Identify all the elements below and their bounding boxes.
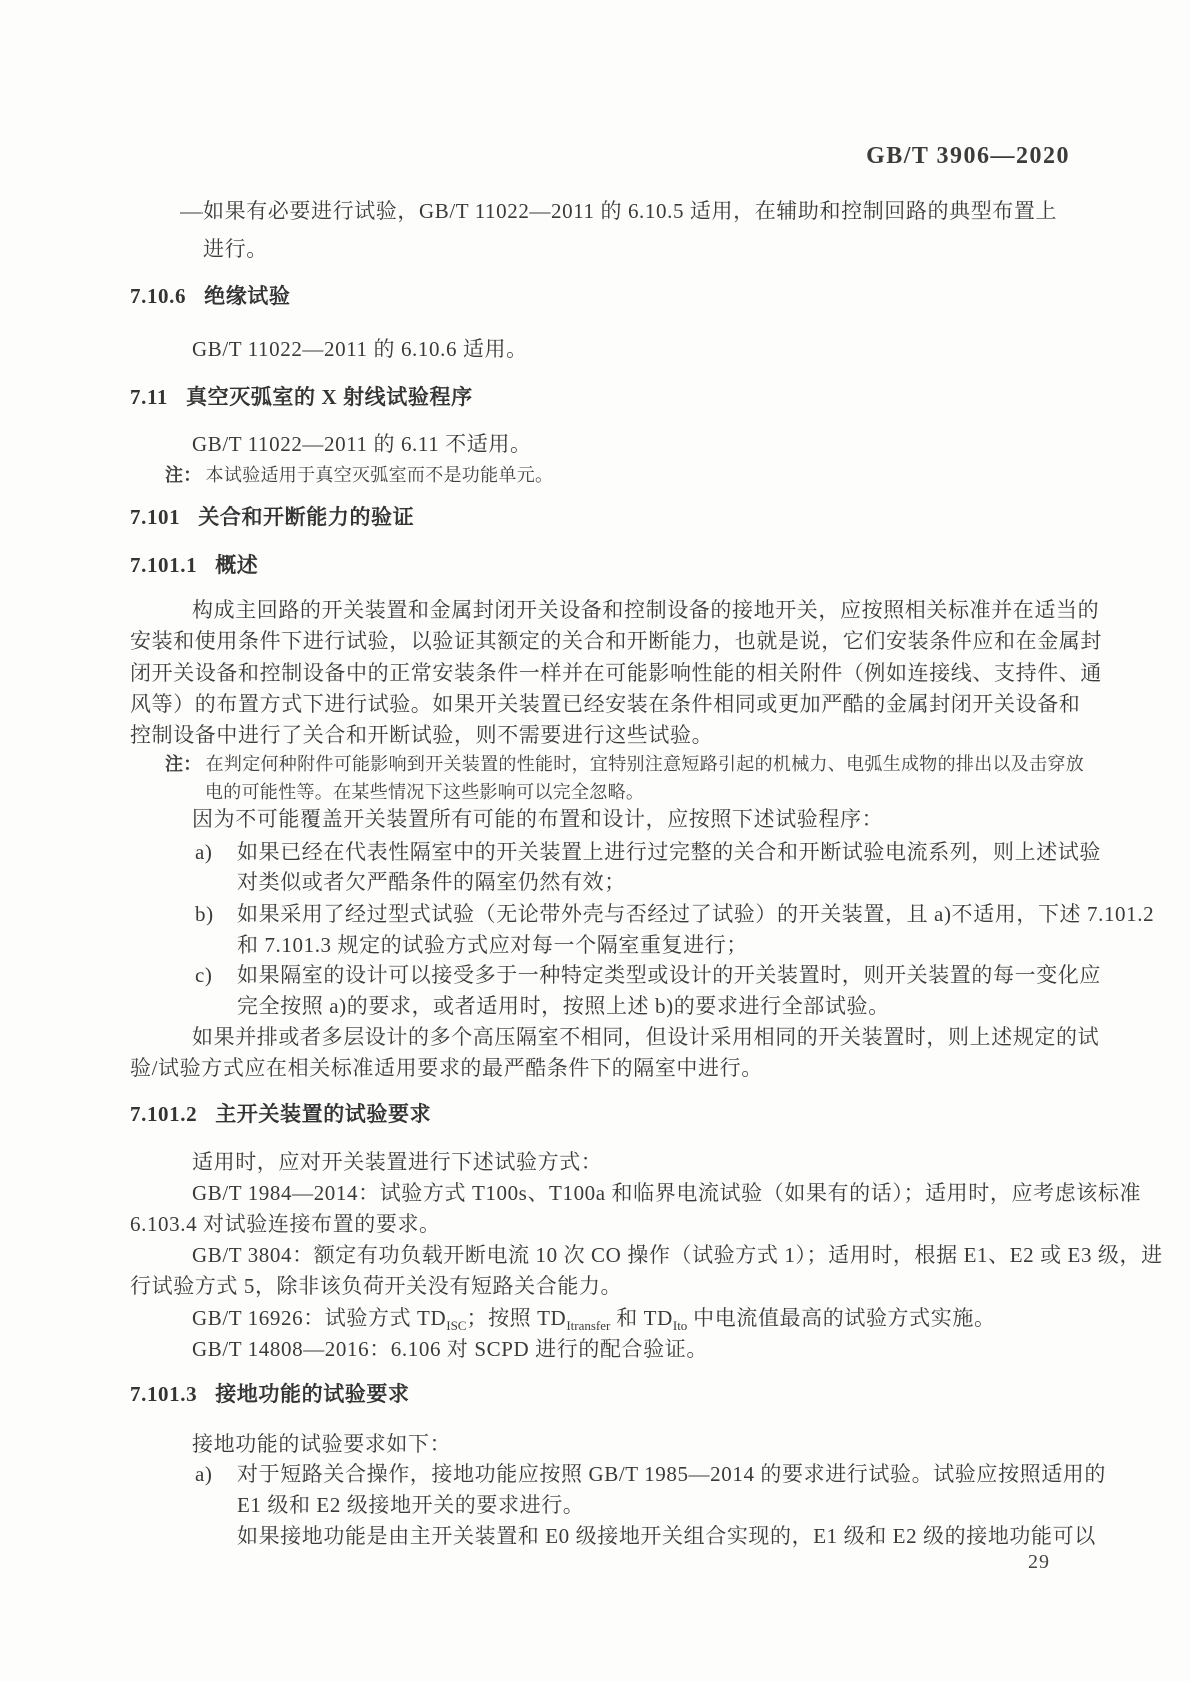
note-overview-line-1: 注：在判定何种附件可能影响到开关装置的性能时，宜特别注意短路引起的机械力、电弧生… xyxy=(165,751,1084,777)
heading-7-101-2: 7.101.2主开关装置的试验要求 xyxy=(130,1101,431,1127)
list-item-b-line-1: b)如果采用了经过型式试验（无论带外壳与否经过了试验）的开关装置，且 a)不适用… xyxy=(195,901,1154,927)
heading-title: 概述 xyxy=(215,553,258,577)
subscript-isc: ISC xyxy=(446,1318,466,1333)
dash-marker: —— xyxy=(180,198,203,224)
text-segment: GB/T 16926：试验方式 TD xyxy=(192,1306,446,1330)
page-number: 29 xyxy=(1028,1551,1050,1574)
note-text: 在判定何种附件可能影响到开关装置的性能时，宜特别注意短路引起的机械力、电弧生成物… xyxy=(206,754,1084,774)
heading-number: 7.101.2 xyxy=(130,1102,197,1126)
heading-7-101-1: 7.101.1概述 xyxy=(130,552,258,578)
note-7-11: 注：本试验适用于真空灭弧室而不是功能单元。 xyxy=(165,462,553,488)
heading-number: 7.101 xyxy=(130,505,180,529)
para-overview-line-3: 闭开关设备和控制设备中的正常安装条件一样并在可能影响性能的相关附件（例如连接线、… xyxy=(130,660,1102,686)
heading-7-11: 7.11真空灭弧室的 X 射线试验程序 xyxy=(130,384,473,410)
heading-7-101: 7.101关合和开断能力的验证 xyxy=(130,504,414,530)
list-item-ground-a-line-1: a)对于短路关合操作，接地功能应按照 GB/T 1985—2014 的要求进行试… xyxy=(195,1461,1106,1487)
para-gbt3804-line-2: 行试验方式 5，除非该负荷开关没有短路关合能力。 xyxy=(130,1273,622,1299)
list-marker-a: a) xyxy=(195,839,237,865)
dash-item-text: 如果有必要进行试验，GB/T 11022—2011 的 6.10.5 适用，在辅… xyxy=(203,199,1057,223)
para-overview-line-4: 风等）的布置方式下进行试验。如果开关装置已经安装在条件相同或更加严酷的金属封闭开… xyxy=(130,691,1080,717)
heading-title: 接地功能的试验要求 xyxy=(215,1382,409,1406)
list-marker-b: b) xyxy=(195,901,237,927)
text-segment: 中电流值最高的试验方式实施。 xyxy=(687,1306,995,1330)
list-item-c-line-2: 完全按照 a)的要求，或者适用时，按照上述 b)的要求进行全部试验。 xyxy=(237,993,890,1019)
heading-7-101-3: 7.101.3接地功能的试验要求 xyxy=(130,1381,410,1407)
dash-item-line-2: 进行。 xyxy=(203,236,268,262)
para-applicable: 适用时，应对开关装置进行下述试验方式： xyxy=(192,1149,602,1175)
list-item-ground-a-line-3: 如果接地功能是由主开关装置和 E0 级接地开关组合实现的，E1 级和 E2 级的… xyxy=(237,1523,1096,1549)
heading-number: 7.101.1 xyxy=(130,553,197,577)
heading-title: 关合和开断能力的验证 xyxy=(198,505,414,529)
heading-number: 7.101.3 xyxy=(130,1382,197,1406)
para-gbt1984-line-2: 6.103.4 对试验连接布置的要求。 xyxy=(130,1211,441,1237)
list-item-ground-a-line-2: E1 级和 E2 级接地开关的要求进行。 xyxy=(237,1492,584,1518)
heading-title: 主开关装置的试验要求 xyxy=(215,1102,431,1126)
document-page: GB/T 3906—2020 ——如果有必要进行试验，GB/T 11022—20… xyxy=(0,0,1190,1682)
para-grounding-intro: 接地功能的试验要求如下： xyxy=(192,1431,451,1457)
para-test-program: 因为不可能覆盖开关装置所有可能的布置和设计，应按照下述试验程序： xyxy=(192,806,883,832)
list-item-a-line-1: a)如果已经在代表性隔室中的开关装置上进行过完整的关合和开断试验电流系列，则上述… xyxy=(195,839,1101,865)
note-label: 注： xyxy=(165,754,202,774)
list-item-text: 如果采用了经过型式试验（无论带外壳与否经过了试验）的开关装置，且 a)不适用，下… xyxy=(237,902,1154,926)
list-marker-c: c) xyxy=(195,962,237,988)
list-item-c-line-1: c)如果隔室的设计可以接受多于一种特定类型或设计的开关装置时，则开关装置的每一变… xyxy=(195,962,1101,988)
text-segment: ；按照 TD xyxy=(466,1306,566,1330)
list-item-a-line-2: 对类似或者欠严酷条件的隔室仍然有效； xyxy=(237,869,626,895)
heading-title: 绝缘试验 xyxy=(204,284,290,308)
para-overview-line-1: 构成主回路的开关装置和金属封闭开关设备和控制设备的接地开关，应按照相关标准并在适… xyxy=(192,597,1099,623)
subscript-itransfer: Itransfer xyxy=(566,1318,610,1333)
para-gbt3804-line-1: GB/T 3804：额定有功负载开断电流 10 次 CO 操作（试验方式 1）；… xyxy=(192,1242,1163,1268)
subscript-ito: Ito xyxy=(673,1318,687,1333)
para-7-10-6: GB/T 11022—2011 的 6.10.6 适用。 xyxy=(192,336,528,362)
para-gbt16926: GB/T 16926：试验方式 TDISC；按照 TDItransfer 和 T… xyxy=(192,1305,996,1339)
text-segment: 和 TD xyxy=(610,1306,673,1330)
para-parallel-line-1: 如果并排或者多层设计的多个高压隔室不相同，但设计采用相同的开关装置时，则上述规定… xyxy=(192,1024,1099,1050)
para-overview-line-5: 控制设备中进行了关合和开断试验，则不需要进行这些试验。 xyxy=(130,722,713,748)
list-item-b-line-2: 和 7.101.3 规定的试验方式应对每一个隔室重复进行； xyxy=(237,932,748,958)
heading-title: 真空灭弧室的 X 射线试验程序 xyxy=(186,385,473,409)
list-item-text: 对于短路关合操作，接地功能应按照 GB/T 1985—2014 的要求进行试验。… xyxy=(237,1462,1106,1486)
heading-7-10-6: 7.10.6绝缘试验 xyxy=(130,283,291,309)
heading-number: 7.11 xyxy=(130,385,168,409)
list-item-text: 如果隔室的设计可以接受多于一种特定类型或设计的开关装置时，则开关装置的每一变化应 xyxy=(237,963,1101,987)
para-gbt14808: GB/T 14808—2016：6.106 对 SCPD 进行的配合验证。 xyxy=(192,1336,708,1362)
header-doc-code: GB/T 3906—2020 xyxy=(866,143,1070,170)
note-label: 注： xyxy=(165,465,202,485)
dash-item-line-1: ——如果有必要进行试验，GB/T 11022—2011 的 6.10.5 适用，… xyxy=(180,198,1057,224)
para-gbt1984-line-1: GB/T 1984—2014：试验方式 T100s、T100a 和临界电流试验（… xyxy=(192,1180,1141,1206)
note-text: 本试验适用于真空灭弧室而不是功能单元。 xyxy=(206,465,554,485)
note-overview-line-2: 电的可能性等。在某些情况下这些影响可以完全忽略。 xyxy=(205,779,644,805)
list-item-text: 如果已经在代表性隔室中的开关装置上进行过完整的关合和开断试验电流系列，则上述试验 xyxy=(237,840,1101,864)
para-overview-line-2: 安装和使用条件下进行试验，以验证其额定的关合和开断能力，也就是说，它们安装条件应… xyxy=(130,628,1102,654)
heading-number: 7.10.6 xyxy=(130,284,186,308)
list-marker-a: a) xyxy=(195,1461,237,1487)
para-parallel-line-2: 验/试验方式应在相关标准适用要求的最严酷条件下的隔室中进行。 xyxy=(130,1055,763,1081)
para-7-11: GB/T 11022—2011 的 6.11 不适用。 xyxy=(192,431,532,457)
